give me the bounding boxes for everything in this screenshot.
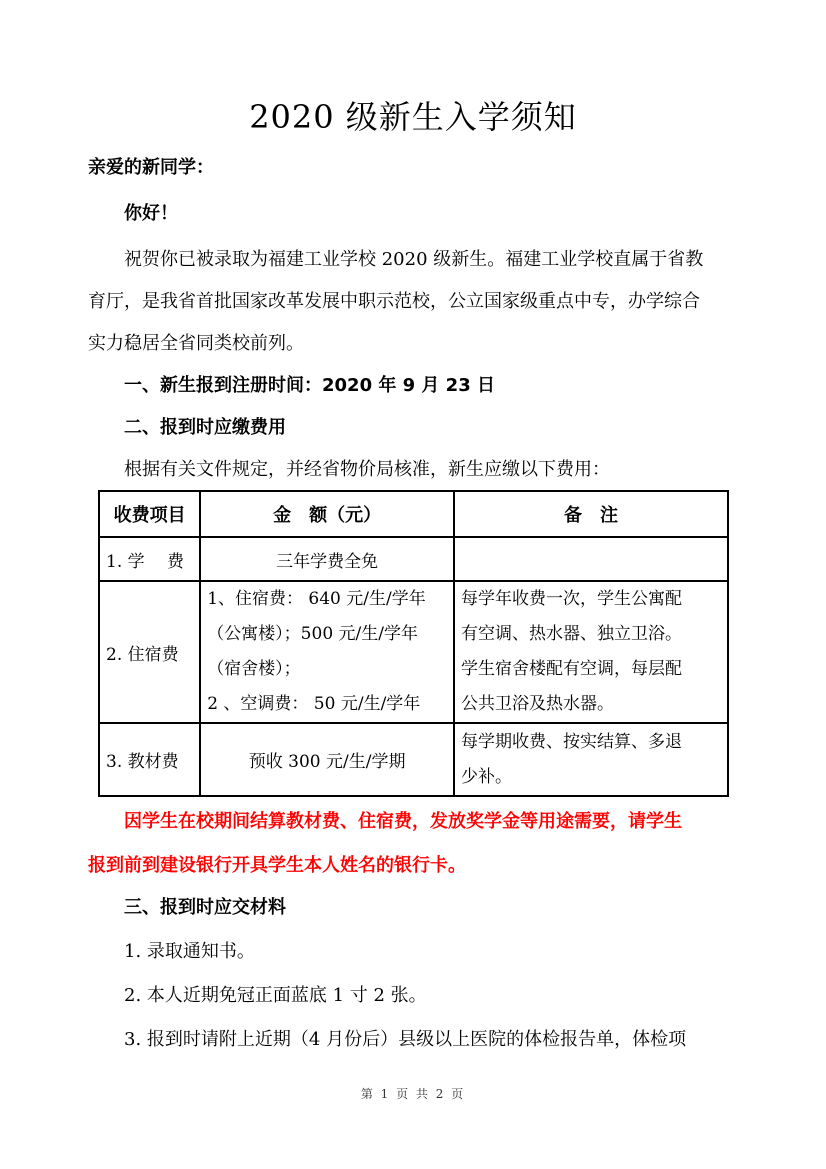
amount-line: （宿舍楼）； xyxy=(207,652,447,687)
table-row: 1. 学 费 三年学费全免 xyxy=(99,537,728,581)
cell-note: 每学年收费一次，学生公寓配 有空调、热水器、独立卫浴。 学生宿舍楼配有空调，每层… xyxy=(454,581,728,723)
document-title: 2020 级新生入学须知 xyxy=(0,92,826,138)
intro-line-2: 育厅，是我省首批国家改革发展中职示范校，公立国家级重点中专，办学综合 xyxy=(88,292,700,312)
header-item: 收费项目 xyxy=(99,491,200,537)
note-line: 少补。 xyxy=(461,760,721,795)
section-heading-materials: 三、报到时应交材料 xyxy=(124,898,286,918)
fees-intro: 根据有关文件规定，并经省物价局核准，新生应缴以下费用： xyxy=(124,460,610,480)
cell-item: 1. 学 费 xyxy=(99,537,200,581)
material-item-3: 3. 报到时请附上近期（4 月份后）县级以上医院的体检报告单，体检项 xyxy=(124,1030,686,1050)
bank-card-notice-line-2: 报到前到建设银行开具学生本人姓名的银行卡。 xyxy=(88,856,466,876)
bank-card-notice-line-1: 因学生在校期间结算教材费、住宿费，发放奖学金等用途需要，请学生 xyxy=(124,812,682,832)
cell-note: 每学期收费、按实结算、多退 少补。 xyxy=(454,723,728,796)
header-note: 备 注 xyxy=(454,491,728,537)
cell-amount: 1、住宿费： 640 元/生/学年 （公寓楼）；500 元/生/学年 （宿舍楼）… xyxy=(200,581,454,723)
intro-line-1: 祝贺你已被录取为福建工业学校 2020 级新生。福建工业学校直属于省教 xyxy=(124,250,703,270)
cell-amount: 三年学费全免 xyxy=(200,537,454,581)
table-header-row: 收费项目 金 额（元） 备 注 xyxy=(99,491,728,537)
cell-item: 2. 住宿费 xyxy=(99,581,200,723)
note-line: 公共卫浴及热水器。 xyxy=(461,687,721,722)
material-item-2: 2. 本人近期免冠正面蓝底 1 寸 2 张。 xyxy=(124,986,427,1006)
note-line: 每学年收费一次，学生公寓配 xyxy=(461,582,721,617)
table-row: 2. 住宿费 1、住宿费： 640 元/生/学年 （公寓楼）；500 元/生/学… xyxy=(99,581,728,723)
fees-table: 收费项目 金 额（元） 备 注 1. 学 费 三年学费全免 2. 住宿费 1、住… xyxy=(98,490,729,797)
note-line: 有空调、热水器、独立卫浴。 xyxy=(461,617,721,652)
cell-amount: 预收 300 元/生/学期 xyxy=(200,723,454,796)
table-row: 3. 教材费 预收 300 元/生/学期 每学期收费、按实结算、多退 少补。 xyxy=(99,723,728,796)
greeting: 你好！ xyxy=(124,204,178,224)
amount-line: 2 、空调费： 50 元/生/学年 xyxy=(207,687,447,722)
cell-item: 3. 教材费 xyxy=(99,723,200,796)
note-line: 学生宿舍楼配有空调，每层配 xyxy=(461,652,721,687)
amount-line: （公寓楼）；500 元/生/学年 xyxy=(207,617,447,652)
amount-line: 1、住宿费： 640 元/生/学年 xyxy=(207,582,447,617)
cell-note xyxy=(454,537,728,581)
section-heading-fees: 二、报到时应缴费用 xyxy=(124,418,286,438)
page-footer: 第 1 页 共 2 页 xyxy=(0,1085,826,1102)
header-amount: 金 额（元） xyxy=(200,491,454,537)
note-line: 每学期收费、按实结算、多退 xyxy=(461,725,721,760)
salutation: 亲爱的新同学： xyxy=(88,158,214,178)
section-heading-registration-time: 一、新生报到注册时间：2020 年 9 月 23 日 xyxy=(124,376,495,396)
intro-line-3: 实力稳居全省同类校前列。 xyxy=(88,334,304,354)
material-item-1: 1. 录取通知书。 xyxy=(124,942,255,962)
